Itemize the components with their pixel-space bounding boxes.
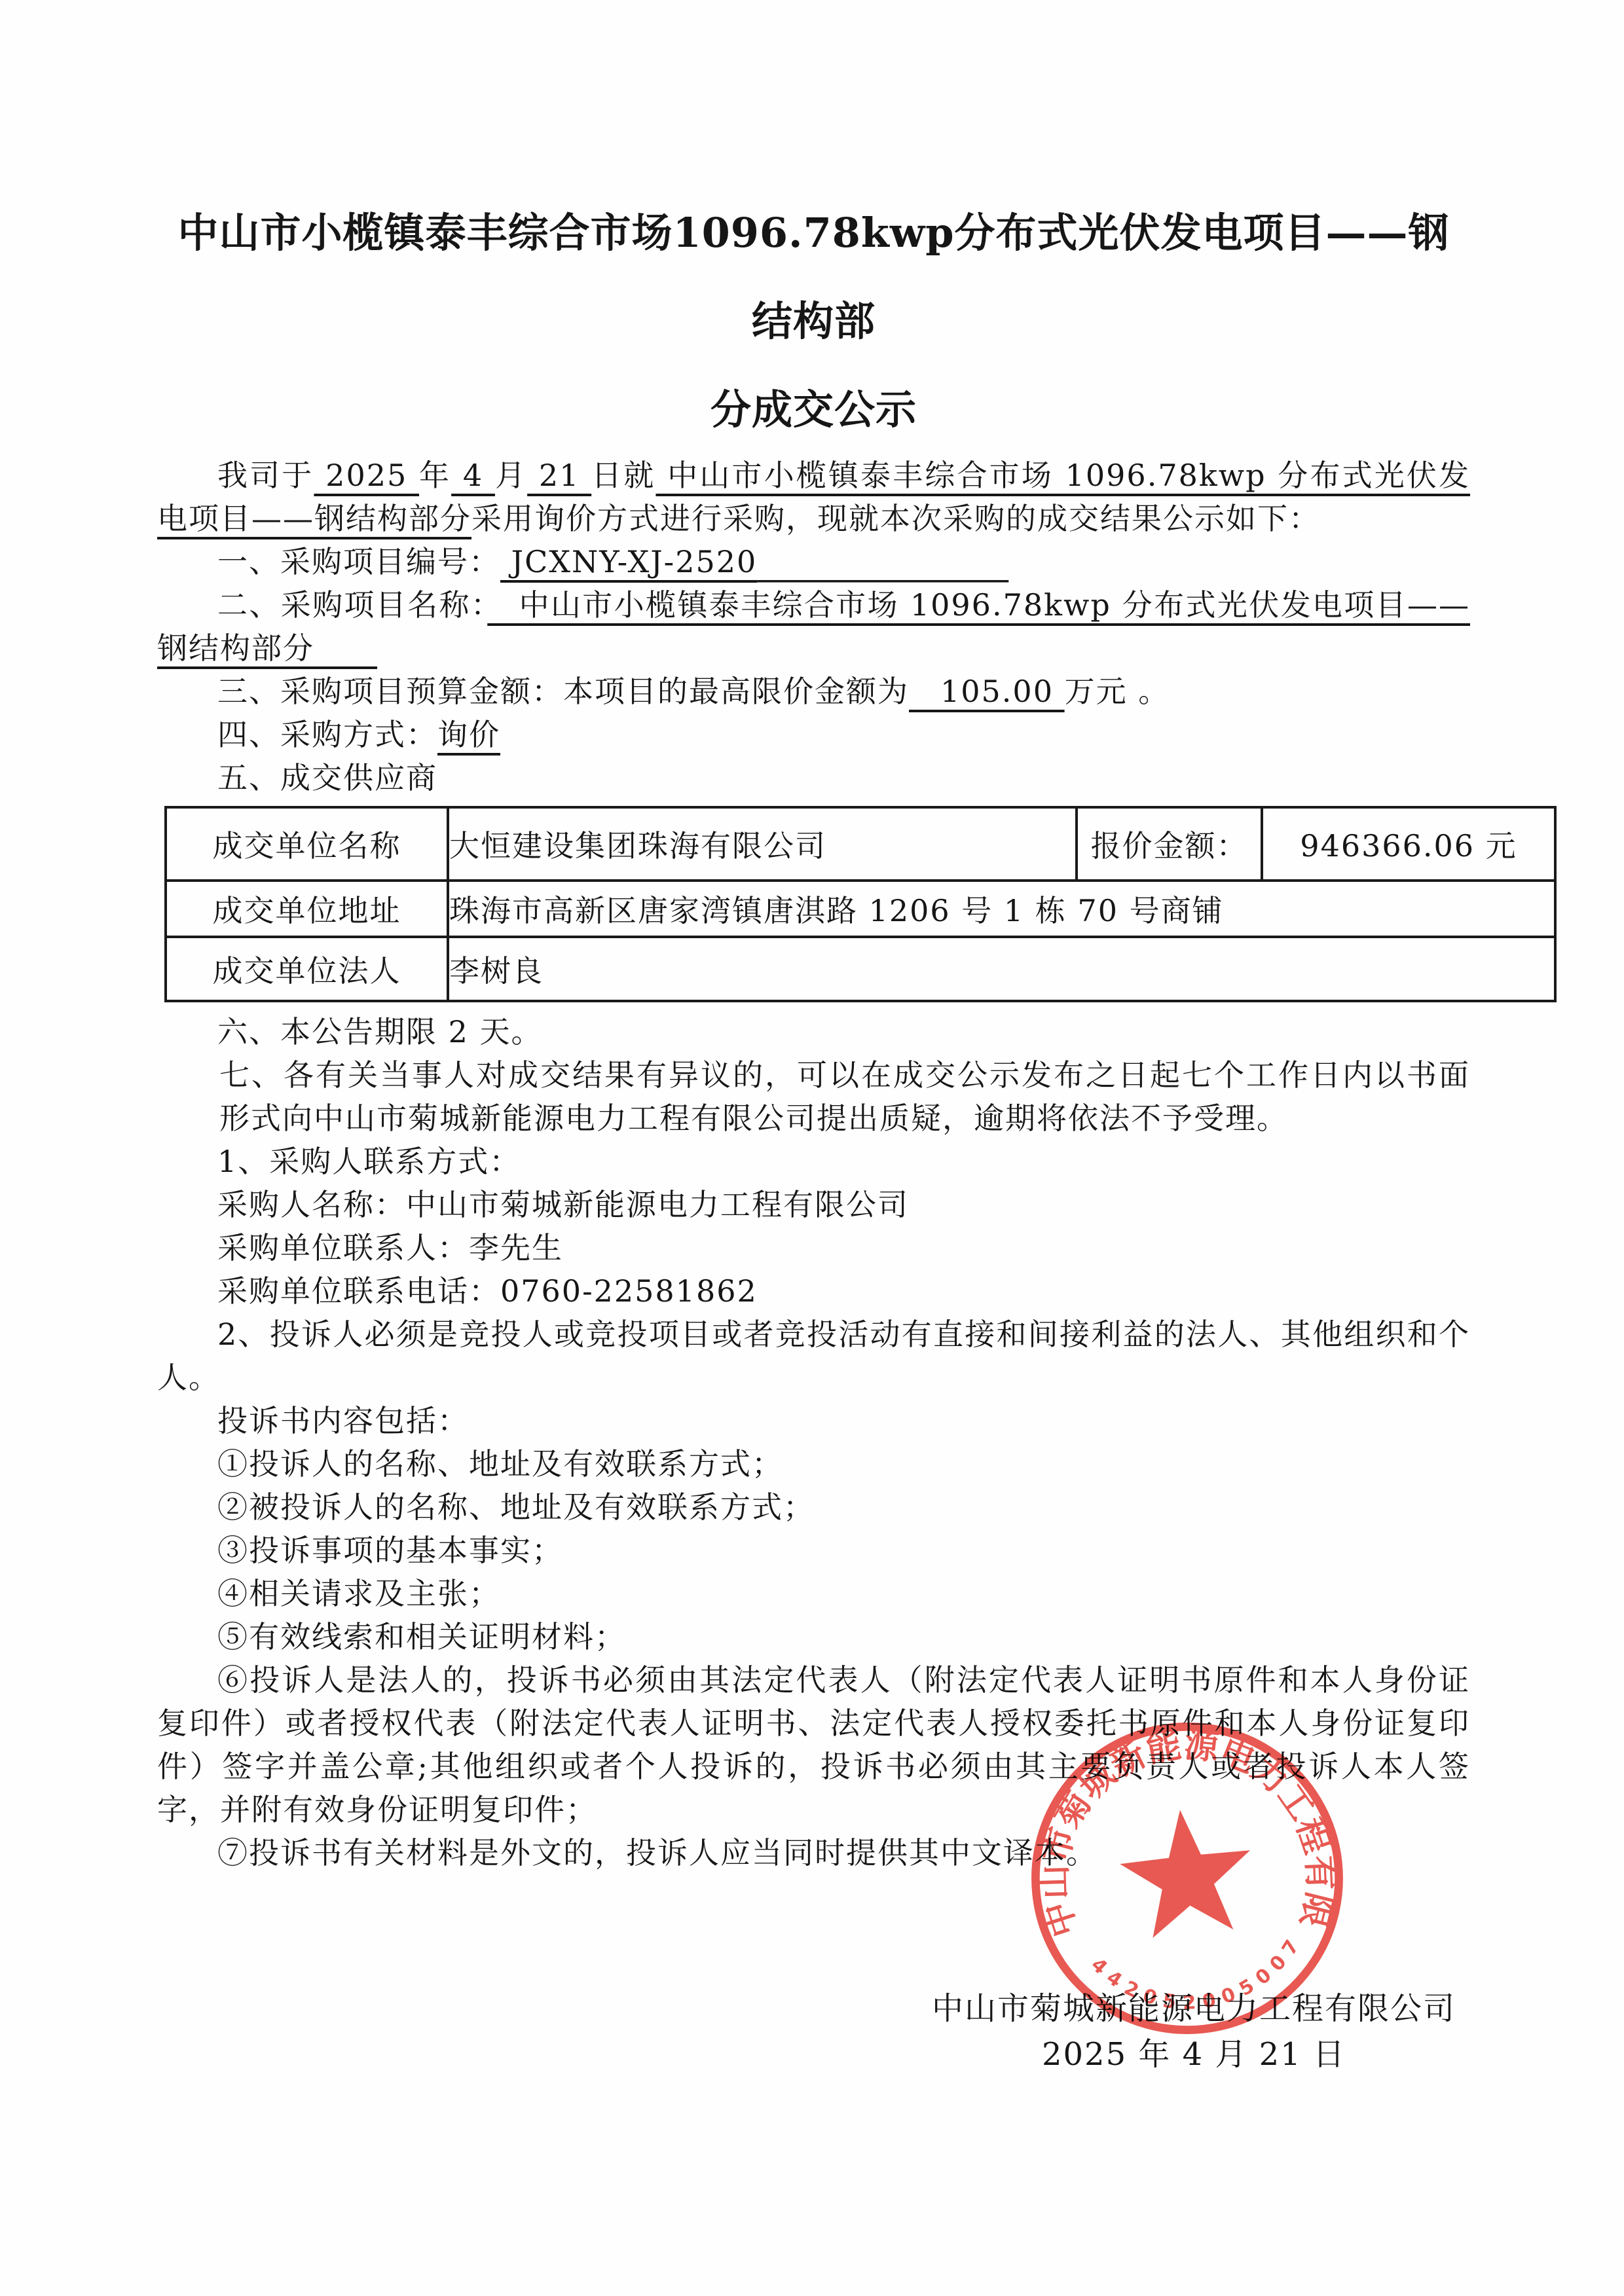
complaint-item-5: ⑤有效线索和相关证明材料； xyxy=(157,1615,1470,1658)
date-year-blank: 2025 xyxy=(314,458,419,493)
item-project-number: 一、采购项目编号： JCXNY-XJ-2520 xyxy=(157,540,1470,583)
cell-price-value: 946366.06 元 xyxy=(1262,807,1555,881)
cell-address-value: 珠海市高新区唐家湾镇唐淇路 1206 号 1 栋 70 号商铺 xyxy=(448,881,1555,937)
contact-phone: 采购单位联系电话：0760-22581862 xyxy=(157,1269,1470,1313)
contact-heading: 1、采购人联系方式： xyxy=(157,1140,1470,1183)
item-objection: 七、各有关当事人对成交结果有异议的，可以在成交公示发布之日起七个工作日内以书面形… xyxy=(219,1053,1470,1140)
complaint-rule: 2、投诉人必须是竞投人或竞投项目或者竞投活动有直接和间接利益的法人、其他组织和个… xyxy=(157,1313,1470,1399)
contact-person: 采购单位联系人：李先生 xyxy=(157,1226,1470,1269)
complaint-item-3: ③投诉事项的基本事实； xyxy=(157,1529,1470,1572)
date-month-blank: 4 xyxy=(451,458,495,493)
document-body-lower: 六、本公告期限 2 天。 七、各有关当事人对成交结果有异议的，可以在成交公示发布… xyxy=(157,1010,1470,1874)
table-row-legal-person: 成交单位法人 李树良 xyxy=(166,937,1555,1001)
item-budget: 三、采购项目预算金额：本项目的最高限价金额为 105.00 万元 。 xyxy=(157,670,1470,713)
document-page: 中山市小榄镇泰丰综合市场1096.78kwp分布式光伏发电项目——钢结构部 分成… xyxy=(0,0,1624,2296)
table-row-supplier: 成交单位名称 大恒建设集团珠海有限公司 报价金额： 946366.06 元 xyxy=(166,807,1555,881)
item-period: 六、本公告期限 2 天。 xyxy=(157,1010,1470,1053)
page-title: 中山市小榄镇泰丰综合市场1096.78kwp分布式光伏发电项目——钢结构部 分成… xyxy=(157,189,1470,454)
cell-address-label: 成交单位地址 xyxy=(166,881,448,937)
cell-legal-label: 成交单位法人 xyxy=(166,937,448,1001)
document-body: 我司于 2025 年 4 月 21 日就 中山市小榄镇泰丰综合市场 1096.7… xyxy=(157,454,1470,799)
complaint-item-6: ⑥投诉人是法人的，投诉书必须由其法定代表人（附法定代表人证明书原件和本人身份证复… xyxy=(157,1658,1470,1831)
cell-supplier-label: 成交单位名称 xyxy=(166,807,448,881)
complaint-intro: 投诉书内容包括： xyxy=(157,1399,1470,1442)
table-row-address: 成交单位地址 珠海市高新区唐家湾镇唐淇路 1206 号 1 栋 70 号商铺 xyxy=(166,881,1555,937)
signature-block: 中山市菊城新能源电力工程有限公司 2025 年 4 月 21 日 xyxy=(925,1986,1462,2077)
blank-fill xyxy=(314,630,377,666)
complaint-item-4: ④相关请求及主张； xyxy=(157,1572,1470,1615)
cell-legal-value: 李树良 xyxy=(448,937,1555,1001)
signature-company: 中山市菊城新能源电力工程有限公司 xyxy=(925,1986,1462,2032)
title-line-1: 中山市小榄镇泰丰综合市场1096.78kwp分布式光伏发电项目——钢结构部 xyxy=(157,189,1470,365)
item-supplier-heading: 五、成交供应商 xyxy=(157,756,1470,799)
title-line-2: 分成交公示 xyxy=(157,365,1470,454)
intro-paragraph: 我司于 2025 年 4 月 21 日就 中山市小榄镇泰丰综合市场 1096.7… xyxy=(157,454,1470,540)
blank-fill xyxy=(757,544,1008,579)
item-project-name: 二、采购项目名称： 中山市小榄镇泰丰综合市场 1096.78kwp 分布式光伏发… xyxy=(157,583,1470,670)
date-day-blank: 21 xyxy=(527,458,591,493)
method-value: 询价 xyxy=(437,717,500,752)
item-method: 四、采购方式：询价 xyxy=(157,713,1470,756)
cell-price-label: 报价金额： xyxy=(1077,807,1262,881)
budget-value: 105.00 xyxy=(909,674,1065,709)
contact-name: 采购人名称：中山市菊城新能源电力工程有限公司 xyxy=(157,1183,1470,1226)
signature-date: 2025 年 4 月 21 日 xyxy=(925,2032,1462,2077)
project-number-value: JCXNY-XJ-2520 xyxy=(500,544,1008,579)
complaint-item-1: ①投诉人的名称、地址及有效联系方式； xyxy=(157,1442,1470,1485)
document-content: 中山市小榄镇泰丰综合市场1096.78kwp分布式光伏发电项目——钢结构部 分成… xyxy=(157,0,1470,2077)
complaint-item-2: ②被投诉人的名称、地址及有效联系方式； xyxy=(157,1485,1470,1529)
complaint-item-7: ⑦投诉书有关材料是外文的，投诉人应当同时提供其中文译本。 xyxy=(157,1831,1470,1874)
cell-supplier-value: 大恒建设集团珠海有限公司 xyxy=(448,807,1077,881)
award-table: 成交单位名称 大恒建设集团珠海有限公司 报价金额： 946366.06 元 成交… xyxy=(164,806,1557,1002)
